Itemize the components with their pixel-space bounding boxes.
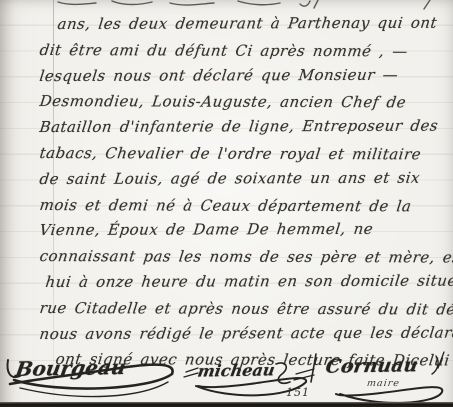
manuscript-line: ans, les deux demeurant à Parthenay qui … (56, 11, 453, 38)
manuscript-text-block: ans, les deux demeurant à Parthenay qui … (0, 0, 453, 373)
manuscript-line: Desmondieu, Louis-Auguste, ancien Chef d… (38, 89, 453, 116)
manuscript-line: lesquels nous ont déclaré que Monsieur — (38, 62, 453, 89)
manuscript-line: rue Citadelle et après nous être assuré … (38, 296, 453, 323)
manuscript-line: hui à onze heure du matin en son domicil… (44, 269, 453, 296)
signature-micheau: micheau (196, 360, 276, 380)
manuscript-line: mois et demi né à Ceaux département de l… (38, 193, 453, 220)
signature-title-maire: maire (366, 378, 400, 389)
manuscript-line: dit être ami du défunt Ci après nommé , … (38, 38, 453, 65)
signature-bourgeau: Bourgeau (14, 355, 128, 381)
page-number: 151 (286, 386, 310, 399)
manuscript-line: tabacs, Chevalier de l'ordre royal et mi… (38, 141, 453, 168)
manuscript-line: Vienne, Époux de Dame De hemmel, ne (38, 217, 453, 244)
manuscript-line: nous avons rédigé le présent acte que le… (38, 320, 453, 347)
manuscript-line: de saint Louis, agé de soixante un ans e… (38, 165, 453, 192)
manuscript-line: Bataillon d'infanterie de ligne, Entrepo… (38, 114, 453, 141)
signature-cornuau: Cornuau (324, 354, 419, 378)
manuscript-line: connaissant pas les noms de ses père et … (38, 244, 453, 271)
manuscript-scan: ans, les deux demeurant à Parthenay qui … (0, 0, 453, 407)
signature-area: Bourgeau micheau Cornuau maire 151 (0, 350, 453, 407)
scan-bottom-edge (0, 402, 453, 407)
